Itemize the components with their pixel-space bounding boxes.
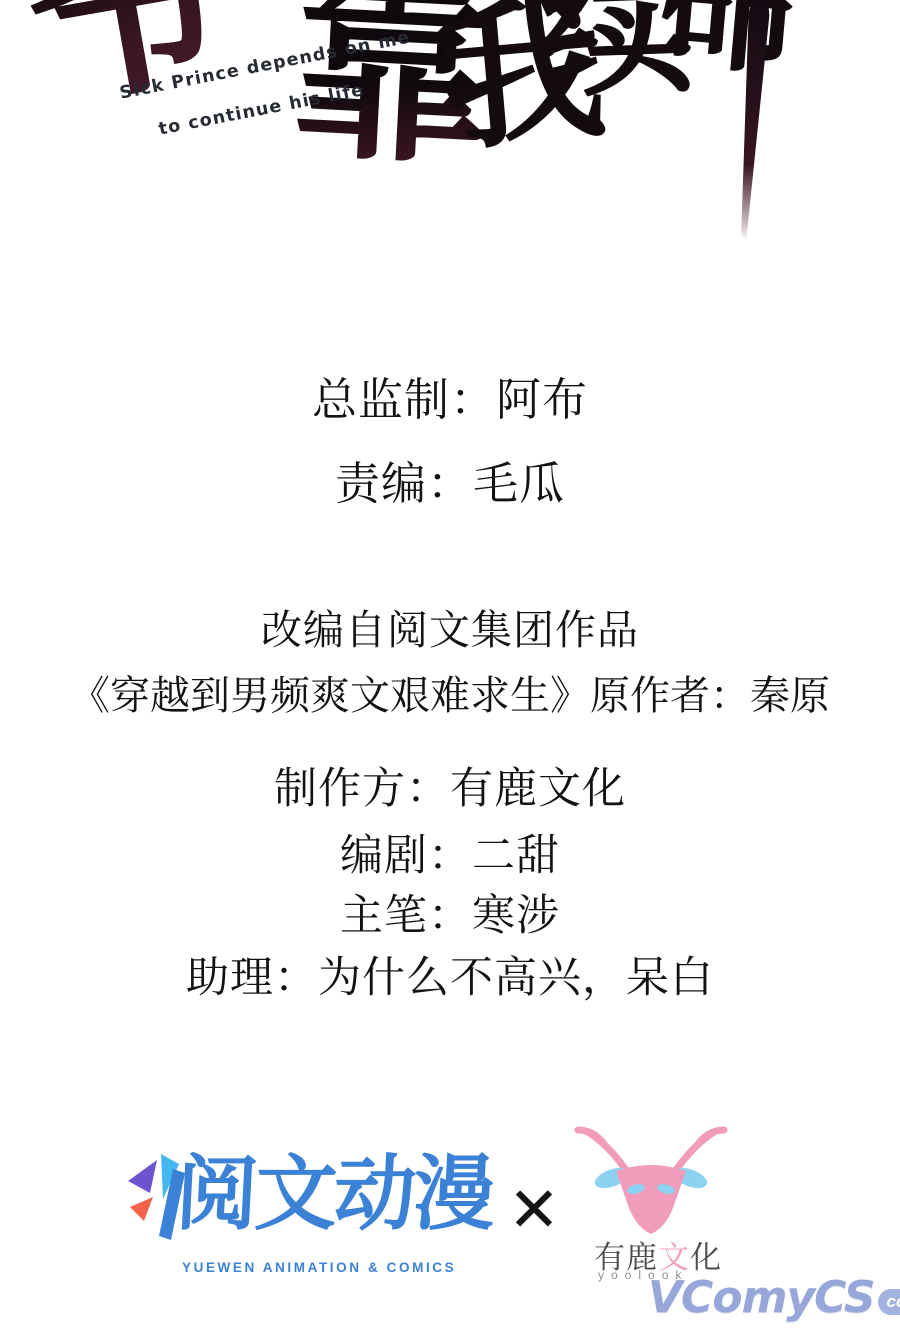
credit-line-assistants: 助理：为什么不高兴，呆白 xyxy=(0,944,900,1005)
deer-head-icon xyxy=(562,1126,740,1236)
credit-line-chief-producer: 总监制：阿布 xyxy=(0,363,900,428)
calligraphy-glyph: 爷 xyxy=(11,0,257,121)
english-subtitle-line2: to continue his life xyxy=(157,80,366,140)
english-subtitle-line1: Sick Prince depends on me xyxy=(118,28,412,104)
calligraphy-glyph: 靠 xyxy=(287,0,497,177)
yoolook-culture-logo: 有鹿文化 yoolook xyxy=(562,1126,747,1291)
credit-line-lead-artist: 主笔：寒涉 xyxy=(0,882,900,943)
brush-stroke-tail xyxy=(728,0,776,243)
collaboration-cross-icon: ✕ xyxy=(508,1180,560,1242)
calligraphy-glyph: 我 xyxy=(435,0,611,161)
calligraphy-glyph: 续 xyxy=(535,0,696,107)
credit-line-editor: 责编：毛瓜 xyxy=(0,447,900,512)
yoolook-name-post: 化 xyxy=(690,1240,722,1275)
credit-line-original-work: 《穿越到男频爽文艰难求生》原作者：秦原 xyxy=(0,664,900,721)
credit-line-screenwriter: 编剧：二甜 xyxy=(0,822,900,883)
yuewen-logo-caption: YUEWEN ANIMATION & COMICS xyxy=(182,1260,456,1275)
yuewen-animation-logo: 阅文动漫 YUEWEN ANIMATION & COMICS xyxy=(126,1148,506,1280)
watermark-badge: com xyxy=(878,1289,900,1315)
site-watermark: VComyCScom xyxy=(648,1272,900,1323)
credit-line-adaptation-note: 改编自阅文集团作品 xyxy=(0,597,900,656)
calligraphy-glyph: 命 xyxy=(652,0,810,86)
credit-line-production: 制作方：有鹿文化 xyxy=(0,755,900,816)
comic-credits-page: 爷 靠 我 续 命 Sick Prince depends on me to c… xyxy=(0,0,900,1337)
watermark-text: VComyCS xyxy=(648,1272,875,1323)
yuewen-logo-text: 阅文动漫 xyxy=(173,1142,495,1249)
